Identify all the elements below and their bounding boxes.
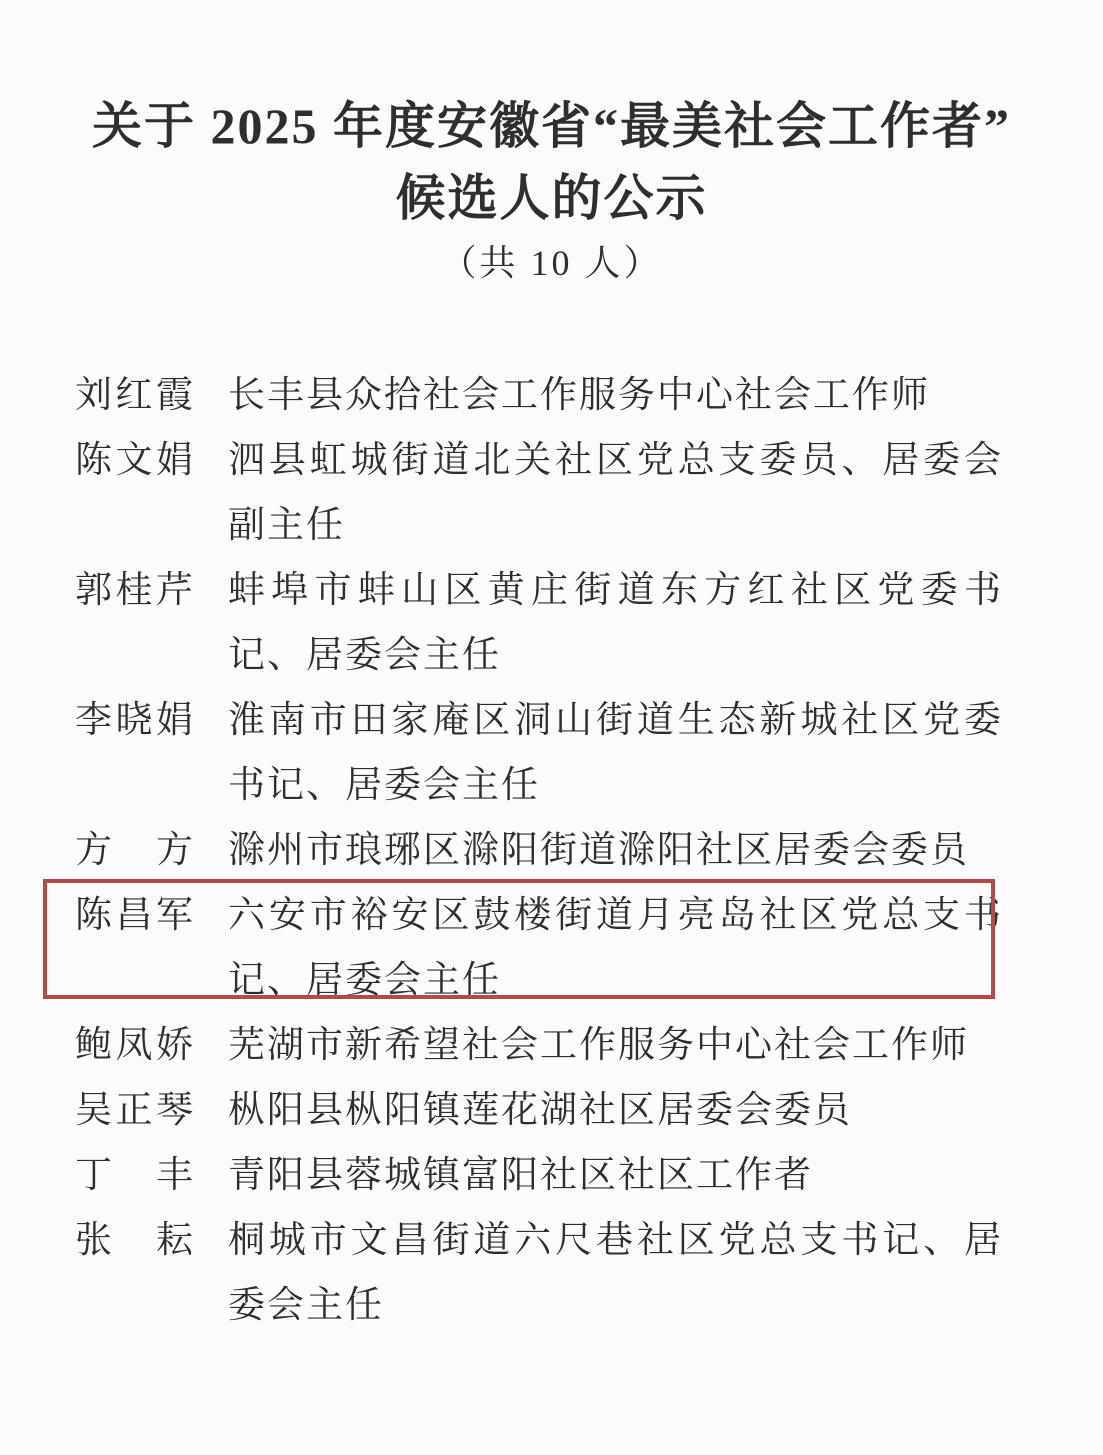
candidate-count-subtitle: （共 10 人）	[0, 236, 1103, 290]
candidate-row: 刘红霞 长丰县众拾社会工作服务中心社会工作师	[75, 363, 1003, 428]
candidate-description: 六安市裕安区鼓楼街道月亮岛社区党总支书记、居委会主任	[228, 883, 1003, 1013]
candidate-list: 刘红霞 长丰县众拾社会工作服务中心社会工作师 陈文娟 泗县虹城街道北关社区党总支…	[75, 363, 1003, 1338]
candidate-row: 李晓娟 淮南市田家庵区洞山街道生态新城社区党委书记、居委会主任	[75, 688, 1003, 818]
document-title-line-1: 关于 2025 年度安徽省“最美社会工作者”	[0, 90, 1103, 162]
candidate-name: 陈文娟	[75, 428, 193, 493]
candidate-name: 吴正琴	[75, 1078, 193, 1143]
document-header: 关于 2025 年度安徽省“最美社会工作者” 候选人的公示 （共 10 人）	[0, 90, 1103, 290]
document-title-line-2: 候选人的公示	[0, 162, 1103, 234]
candidate-description: 芜湖市新希望社会工作服务中心社会工作师	[228, 1013, 1003, 1078]
candidate-description: 枞阳县枞阳镇莲花湖社区居委会委员	[228, 1078, 1003, 1143]
candidate-row: 张耘 桐城市文昌街道六尺巷社区党总支书记、居委会主任	[75, 1208, 1003, 1338]
candidate-row: 郭桂芹 蚌埠市蚌山区黄庄街道东方红社区党委书记、居委会主任	[75, 558, 1003, 688]
candidate-row: 吴正琴 枞阳县枞阳镇莲花湖社区居委会委员	[75, 1078, 1003, 1143]
candidate-name: 陈昌军	[75, 883, 193, 948]
candidate-name: 李晓娟	[75, 688, 193, 753]
candidate-description: 滁州市琅琊区滁阳街道滁阳社区居委会委员	[228, 818, 1003, 883]
candidate-name: 方方	[75, 818, 193, 883]
candidate-description: 蚌埠市蚌山区黄庄街道东方红社区党委书记、居委会主任	[228, 558, 1003, 688]
candidate-name: 张耘	[75, 1208, 193, 1273]
candidate-row: 方方 滁州市琅琊区滁阳街道滁阳社区居委会委员	[75, 818, 1003, 883]
candidate-row-highlighted: 陈昌军 六安市裕安区鼓楼街道月亮岛社区党总支书记、居委会主任	[75, 883, 1003, 1013]
candidate-description: 淮南市田家庵区洞山街道生态新城社区党委书记、居委会主任	[228, 688, 1003, 818]
candidate-row: 丁丰 青阳县蓉城镇富阳社区社区工作者	[75, 1143, 1003, 1208]
candidate-description: 青阳县蓉城镇富阳社区社区工作者	[228, 1143, 1003, 1208]
candidate-row: 陈文娟 泗县虹城街道北关社区党总支委员、居委会副主任	[75, 428, 1003, 558]
candidate-name: 鲍凤娇	[75, 1013, 193, 1078]
candidate-name: 刘红霞	[75, 363, 193, 428]
candidate-name: 郭桂芹	[75, 558, 193, 623]
document-page: 关于 2025 年度安徽省“最美社会工作者” 候选人的公示 （共 10 人） 刘…	[0, 0, 1103, 1455]
candidate-description: 长丰县众拾社会工作服务中心社会工作师	[228, 363, 1003, 428]
candidate-row: 鲍凤娇 芜湖市新希望社会工作服务中心社会工作师	[75, 1013, 1003, 1078]
candidate-description: 泗县虹城街道北关社区党总支委员、居委会副主任	[228, 428, 1003, 558]
candidate-description: 桐城市文昌街道六尺巷社区党总支书记、居委会主任	[228, 1208, 1003, 1338]
candidate-name: 丁丰	[75, 1143, 193, 1208]
